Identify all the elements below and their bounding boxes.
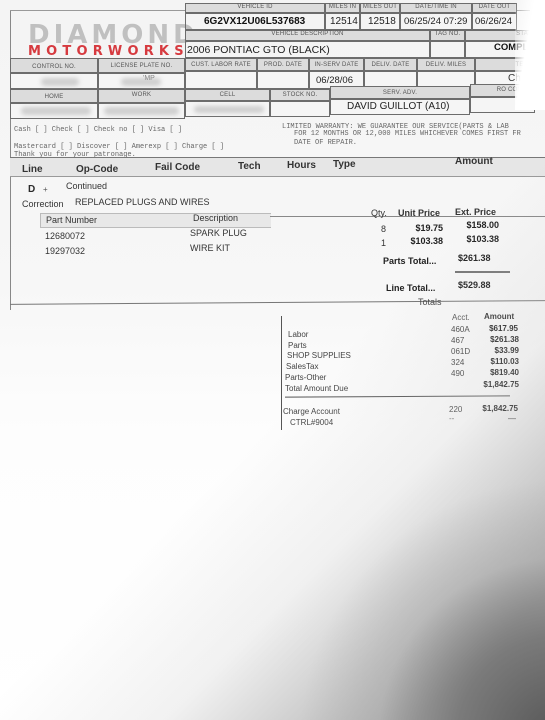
ctrl-acct: --: [449, 414, 454, 423]
total-due-label: Total Amount Due: [285, 384, 348, 393]
cust-labor-rate-label-cell: CUST. LABOR RATE: [185, 58, 257, 71]
totals-amount: $819.40: [470, 368, 519, 377]
col-tech: Tech: [238, 161, 261, 172]
deliv-miles-label: DELIV. MILES: [418, 59, 474, 68]
part-ext-price: $103.38: [450, 234, 499, 244]
parts-header-ext-price: Ext. Price: [455, 207, 496, 217]
miles-out: 12518: [368, 16, 396, 27]
totals-label: Labor: [288, 330, 308, 339]
deliv-date-label: DELIV. DATE: [365, 59, 416, 68]
serv-adv-label: SERV. ADV.: [331, 87, 469, 96]
date-out-label-cell: DATE OUT: [472, 3, 517, 13]
charge-account-amount: $1,842.75: [470, 404, 518, 413]
vehicle-desc-label: VEHICLE DESCRIPTION: [186, 31, 429, 37]
charge-account-label: Charge Account: [283, 407, 340, 416]
payment-methods-line-1: Cash [ ] Check [ ] Check no [ ] Visa [ ]: [14, 126, 182, 134]
date-in-cell: 06/25/24 07:29: [400, 13, 472, 30]
work-phone-cell: [98, 103, 185, 119]
serv-adv-label-cell: SERV. ADV.: [330, 86, 470, 99]
parts-total: $261.38: [458, 253, 491, 263]
stock-no-label: STOCK NO.: [271, 90, 329, 98]
license-plate-label: LICENSE PLATE NO.: [99, 59, 184, 69]
totals-acct: 460A: [451, 325, 470, 334]
tag-no-cell: [430, 41, 465, 58]
correction-text: REPLACED PLUGS AND WIRES: [75, 197, 210, 207]
prod-date-label-cell: PROD. DATE: [257, 58, 309, 71]
totals-label: Parts-Other: [285, 373, 326, 382]
charge-account-acct: 220: [449, 405, 462, 414]
control-no-label: CONTROL NO.: [11, 59, 97, 70]
prod-date-label: PROD. DATE: [258, 59, 308, 68]
vehicle-desc: 2006 PONTIAC GTO (BLACK): [187, 44, 330, 56]
home-phone-cell: [10, 103, 98, 119]
redacted-control-no: [41, 78, 79, 86]
col-line: Line: [22, 164, 43, 175]
date-out: 06/26/24: [475, 16, 512, 27]
redacted-cell-phone: [194, 106, 264, 113]
totals-amount: $33.99: [470, 346, 519, 355]
totals-label: SHOP SUPPLIES: [287, 351, 351, 360]
totals-amount: $110.03: [470, 357, 519, 366]
license-plate-partial: 'MP: [143, 75, 155, 82]
miles-out-label: MILES OUT: [361, 4, 399, 10]
parts-header-unit-price: Unit Price: [398, 208, 440, 218]
totals-label: SalesTax: [286, 362, 318, 371]
parts-header-part-number: Part Number: [46, 215, 97, 225]
part-qty: 1: [381, 238, 386, 248]
part-qty: 8: [381, 224, 386, 234]
logo-motorworks: MOTORWORKS: [28, 44, 189, 59]
deliv-date-label-cell: DELIV. DATE: [364, 58, 417, 71]
vehicle-id-cell: 6G2VX12U06L537683: [185, 13, 325, 30]
warranty-line-2: FOR 12 MONTHS OR 12,000 MILES WHICHEVER …: [294, 130, 521, 138]
col-fail-code: Fail Code: [155, 162, 200, 173]
tag-no-label-cell: TAG NO.: [430, 30, 465, 41]
miles-in-cell: 12514: [325, 13, 360, 30]
total-underline: [455, 271, 510, 273]
date-out-cell: 06/26/24: [472, 13, 517, 30]
parts-header-description: Description: [193, 213, 238, 223]
tag-no-label: TAG NO.: [431, 31, 464, 37]
cell-label-cell: CELL: [185, 89, 270, 101]
totals-amount: $617.95: [470, 324, 518, 333]
ctrl-number: CTRL#9004: [290, 418, 333, 427]
home-label-cell: HOME: [10, 89, 98, 103]
cust-labor-rate-label: CUST. LABOR RATE: [186, 59, 256, 68]
totals-acct: 324: [451, 358, 464, 367]
vehicle-id-label: VEHICLE ID: [186, 4, 324, 10]
vehicle-id-label-cell: VEHICLE ID: [185, 3, 325, 13]
miles-out-label-cell: MILES OUT: [360, 3, 400, 13]
date-in-label: DATE/TIME IN: [401, 4, 471, 10]
redacted-work-phone: [104, 107, 179, 115]
part-description: WIRE KIT: [190, 243, 230, 253]
totals-acct: 061D: [451, 347, 470, 356]
redacted-home-phone: [21, 107, 91, 115]
home-label: HOME: [11, 90, 97, 100]
totals-title: Totals: [418, 297, 442, 307]
totals-acct: 467: [451, 336, 464, 345]
license-plate-label-cell: LICENSE PLATE NO.: [98, 58, 185, 73]
work-label-cell: WORK: [98, 89, 185, 103]
totals-left-rule: [281, 316, 282, 430]
date-out-label: DATE OUT: [473, 4, 516, 10]
cell-label: CELL: [186, 90, 269, 98]
miles-out-cell: 12518: [360, 13, 400, 30]
in-serv-date-label-cell: IN-SERV DATE: [309, 58, 364, 71]
correction-label: Correction: [22, 199, 64, 209]
ctrl-amount: —: [508, 414, 516, 423]
warranty-line-3: DATE OF REPAIR.: [294, 139, 357, 147]
totals-amount-header: Amount: [484, 312, 514, 321]
vehicle-id: 6G2VX12U06L537683: [204, 16, 305, 27]
parts-total-label: Parts Total...: [383, 256, 436, 266]
miles-in-label: MILES IN: [326, 4, 359, 10]
line-total: $529.88: [458, 280, 491, 290]
col-amount: Amount: [455, 156, 493, 167]
totals-acct: 490: [451, 369, 464, 378]
control-no-label-cell: CONTROL NO.: [10, 58, 98, 73]
repair-order-document: DIAMOND MOTORWORKS VEHICLE ID MILES IN M…: [0, 0, 545, 720]
page-corner-fold: [515, 0, 545, 110]
deliv-miles-label-cell: DELIV. MILES: [417, 58, 475, 71]
date-in: 06/25/24 07:29: [404, 16, 467, 27]
col-type: Type: [333, 159, 356, 170]
part-number: 19297032: [45, 246, 85, 256]
cell-phone-cell: [185, 101, 270, 117]
job-line-letter: D: [28, 184, 35, 195]
stock-no-label-cell: STOCK NO.: [270, 89, 330, 101]
vehicle-desc-label-cell: VEHICLE DESCRIPTION: [185, 30, 430, 41]
in-serv-date-label: IN-SERV DATE: [310, 59, 363, 68]
totals-divider: [10, 300, 545, 305]
miles-in: 12514: [330, 16, 358, 27]
part-unit-price: $103.38: [400, 236, 443, 246]
job-op: Continued: [66, 181, 107, 191]
control-no-cell: [10, 73, 98, 89]
cust-labor-rate-cell: [185, 71, 257, 89]
total-due: $1,842.75: [470, 380, 519, 389]
part-ext-price: $158.00: [450, 220, 499, 230]
serv-adv-cell: DAVID GUILLOT (A10): [330, 99, 470, 115]
totals-amount: $261.38: [470, 335, 519, 344]
line-total-label: Line Total...: [386, 283, 435, 293]
work-label: WORK: [99, 90, 184, 98]
stock-no-cell: [270, 101, 330, 117]
col-hours: Hours: [287, 160, 316, 171]
date-in-label-cell: DATE/TIME IN: [400, 3, 472, 13]
part-description: SPARK PLUG: [190, 228, 247, 238]
prod-date-cell: [257, 71, 309, 89]
parts-header-qty: Qty.: [371, 208, 387, 218]
part-number: 12680072: [45, 231, 85, 241]
miles-in-label-cell: MILES IN: [325, 3, 360, 13]
payment-methods-line-2: Mastercard [ ] Discover [ ] Amerexp [ ] …: [14, 143, 224, 151]
license-plate-cell: 'MP: [98, 73, 185, 89]
redacted-license-plate: [121, 78, 161, 86]
job-plus: +: [43, 185, 48, 194]
col-op-code: Op-Code: [76, 164, 118, 175]
part-unit-price: $19.75: [400, 223, 443, 233]
vehicle-desc-cell: 2006 PONTIAC GTO (BLACK): [185, 41, 430, 58]
totals-acct-header: Acct.: [452, 313, 470, 322]
charge-divider: [285, 395, 510, 397]
totals-label: Parts: [288, 341, 307, 350]
in-serv-date: 06/28/06: [316, 75, 353, 86]
serv-adv: DAVID GUILLOT (A10): [347, 101, 449, 112]
